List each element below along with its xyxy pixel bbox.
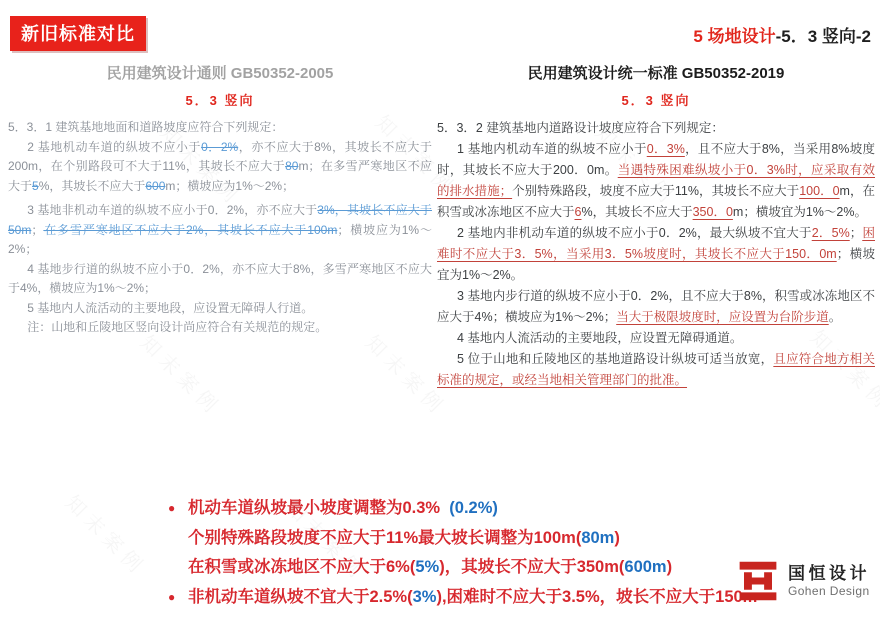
- text-run: ): [667, 558, 673, 576]
- page-ref-section: 5 场地设计: [693, 27, 775, 46]
- old-standard-body: 5．3．1 建筑基地地面和道路坡度应符合下列规定：2 基地机动车道的纵坡不应小于…: [8, 118, 432, 338]
- text-run: 5．3．1 建筑基地地面和道路坡度应符合下列规定：: [8, 120, 283, 134]
- text-run: 80: [285, 159, 298, 173]
- text-run: 3%: [413, 588, 437, 606]
- watermark: 知末案例: [60, 487, 154, 581]
- paragraph: 2 基地机动车道的纵坡不应小于0．2%，亦不应大于8%，其坡长不应大于200m，…: [8, 138, 432, 197]
- old-standard-column: 民用建筑设计通则 GB50352-2005 5．3 竖向 5．3．1 建筑基地地…: [8, 62, 432, 338]
- new-standard-title: 民用建筑设计统一标准 GB50352-2019: [437, 62, 875, 83]
- text-run: m；横坡宜为1%～2%。: [733, 205, 867, 219]
- text-run: 2 基地内非机动车道的纵坡不应小于0．2%，最大纵坡不宜大于: [457, 226, 812, 240]
- text-run: m；横坡应为1%～2%；: [165, 179, 294, 193]
- summary-line: ●非机动车道纵坡不宜大于2.5%(3%),困难时不应大于3.5%，坡长不应大于1…: [170, 583, 790, 613]
- text-run: %，其坡长不应大于: [581, 205, 692, 219]
- summary-line: ●机动车道纵坡最小坡度调整为0.3% (0.2%): [170, 494, 790, 524]
- text-run: 。: [829, 310, 842, 324]
- paragraph: 4 基地内人流活动的主要地段，应设置无障碍通道。: [437, 328, 875, 349]
- text-run: 80m: [581, 529, 614, 547]
- paragraph: 2 基地内非机动车道的纵坡不应小于0．2%，最大纵坡不宜大于2．5%；困难时不应…: [437, 223, 875, 286]
- new-standard-subtitle: 5．3 竖向: [437, 90, 875, 109]
- text-run: 个别特殊路段坡度不应大于11%最大坡长调整为100m(: [188, 529, 581, 547]
- text-run: 600m: [624, 558, 666, 576]
- text-run: ): [614, 529, 620, 547]
- text-run: 当大于极限坡度时，应设置为台阶步道: [616, 310, 829, 324]
- gohen-logo-icon: [737, 560, 779, 602]
- text-run: (0.2%): [449, 499, 498, 517]
- summary-line: 在积雪或冰冻地区不应大于6%(5%)，其坡长不应大于350m(600m): [170, 553, 790, 583]
- new-standard-column: 民用建筑设计统一标准 GB50352-2019 5．3 竖向 5．3．2 建筑基…: [437, 62, 875, 391]
- text-run: 机动车道纵坡最小坡度调整为0.3%: [188, 499, 449, 517]
- text-run: 5 基地内人流活动的主要地段，应设置无障碍人行道。: [27, 301, 313, 315]
- text-run: 0．2%: [201, 140, 238, 154]
- text-run: 4 基地内人流活动的主要地段，应设置无障碍通道。: [457, 331, 742, 345]
- paragraph: 5 位于山地和丘陵地区的基地道路设计纵坡可适当放宽，且应符合地方相关标准的规定，…: [437, 349, 875, 391]
- paragraph: 5 基地内人流活动的主要地段，应设置无障碍人行道。: [8, 299, 432, 319]
- watermark: 知末案例: [135, 327, 229, 421]
- old-standard-subtitle: 5．3 竖向: [8, 90, 432, 109]
- text-run: 5．3．2 建筑基地内道路设计坡度应符合下列规定：: [437, 121, 724, 135]
- text-run: 个别特殊路段，坡度不应大于11%，其坡长不应大于: [512, 184, 799, 198]
- summary-line: 个别特殊路段坡度不应大于11%最大坡长调整为100m(80m): [170, 524, 790, 554]
- text-run: 3 基地非机动车道的纵坡不应小于0．2%，亦不应大于: [27, 203, 317, 217]
- paragraph: 3 基地内步行道的纵坡不应小于0．2%，且不应大于8%，积雪或冰冻地区不应大于4…: [437, 286, 875, 328]
- text-run: 600: [145, 179, 165, 193]
- paragraph: 4 基地步行道的纵坡不应小于0．2%，亦不应大于8%，多雪严寒地区不应大于4%，…: [8, 260, 432, 299]
- text-run: 5 位于山地和丘陵地区的基地道路设计纵坡可适当放宽，: [457, 352, 773, 366]
- comparison-banner: 新旧标准对比: [10, 16, 146, 51]
- text-run: ),困难时不应大于3.5%，坡长不应大于150m: [436, 588, 757, 606]
- text-run: )，其坡长不应大于350m(: [439, 558, 624, 576]
- text-run: 在多雪严寒地区不应大于2%，其坡长不应大于100m: [43, 223, 337, 237]
- text-run: 4 基地步行道的纵坡不应小于0．2%，亦不应大于8%，多雪严寒地区不应大于4%，…: [8, 262, 432, 296]
- text-run: ；: [31, 223, 43, 237]
- company-logo: 国恒设计 Gohen Design: [737, 560, 870, 602]
- text-run: 1 基地内机动车道的纵坡不应小于: [457, 142, 647, 156]
- new-standard-body: 5．3．2 建筑基地内道路设计坡度应符合下列规定：1 基地内机动车道的纵坡不应小…: [437, 118, 875, 391]
- text-run: ；: [850, 226, 863, 240]
- text-run: 350．0: [693, 205, 733, 219]
- text-run: 在积雪或冰冻地区不应大于6%(: [188, 558, 415, 576]
- text-run: 100．0: [799, 184, 839, 198]
- paragraph: 注：山地和丘陵地区竖向设计尚应符合有关规范的规定。: [8, 318, 432, 338]
- paragraph: 5．3．1 建筑基地地面和道路坡度应符合下列规定：: [8, 118, 432, 138]
- paragraph: 5．3．2 建筑基地内道路设计坡度应符合下列规定：: [437, 118, 875, 139]
- text-run: 0．3%: [647, 142, 685, 156]
- page-ref-subsection: -5．3 竖向-2: [776, 27, 871, 46]
- logo-text: 国恒设计 Gohen Design: [788, 564, 870, 598]
- text-run: 5%: [415, 558, 439, 576]
- text-run: 注：山地和丘陵地区竖向设计尚应符合有关规范的规定。: [27, 320, 327, 334]
- text-run: 2 基地机动车道的纵坡不应小于: [27, 140, 201, 154]
- bullet-icon: ●: [168, 583, 175, 613]
- logo-name-cn: 国恒设计: [788, 564, 870, 584]
- text-run: 5: [32, 179, 39, 193]
- paragraph: 3 基地非机动车道的纵坡不应小于0．2%，亦不应大于3%，其坡长不应大于50m；…: [8, 201, 432, 260]
- bullet-icon: ●: [168, 494, 175, 524]
- slide: 新旧标准对比 5 场地设计-5．3 竖向-2 民用建筑设计通则 GB50352-…: [0, 0, 880, 623]
- paragraph: 1 基地内机动车道的纵坡不应小于0．3%，且不应大于8%，当采用8%坡度时，其坡…: [437, 139, 875, 223]
- summary-bullets: ●机动车道纵坡最小坡度调整为0.3% (0.2%)个别特殊路段坡度不应大于11%…: [170, 494, 790, 612]
- page-reference: 5 场地设计-5．3 竖向-2: [693, 22, 871, 47]
- text-run: %，其坡长不应大于: [39, 179, 146, 193]
- text-run: 2．5%: [812, 226, 850, 240]
- logo-name-en: Gohen Design: [788, 584, 870, 598]
- old-standard-title: 民用建筑设计通则 GB50352-2005: [8, 62, 432, 83]
- text-run: 非机动车道纵坡不宜大于2.5%(: [188, 588, 413, 606]
